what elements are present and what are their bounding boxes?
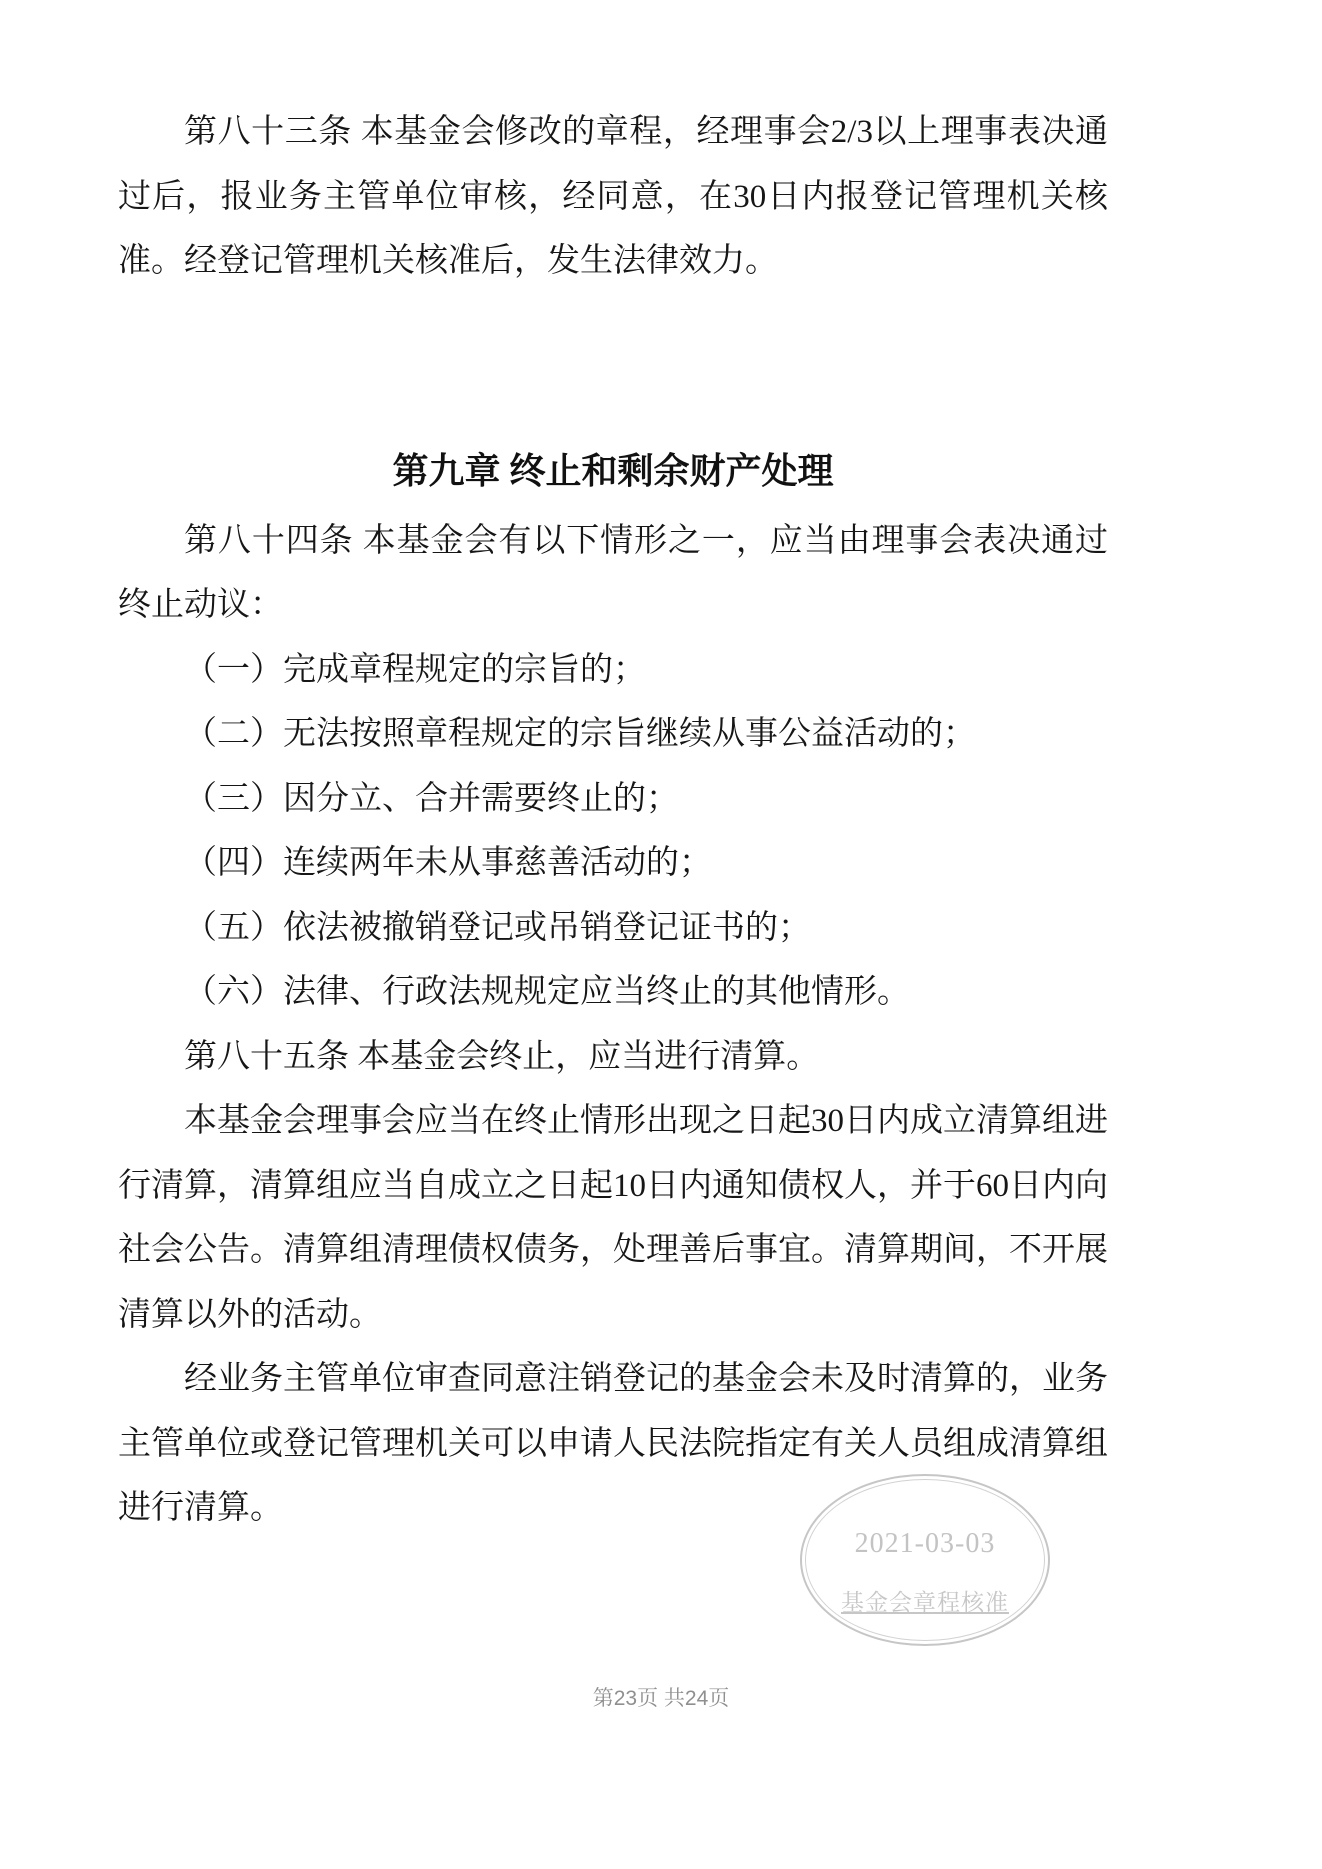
paragraph-line: 第八十四条 本基金会有以下情形之一，应当由理事会表决通过 [118, 509, 1108, 574]
paragraph-line: （一）完成章程规定的宗旨的； [118, 638, 1108, 703]
paragraph-line: 清算以外的活动。 [118, 1283, 1108, 1348]
paragraph-line: 第八十五条 本基金会终止，应当进行清算。 [118, 1025, 1108, 1090]
paragraph-line: （二）无法按照章程规定的宗旨继续从事公益活动的； [118, 702, 1108, 767]
text-block: 第八十三条 本基金会修改的章程，经理事会2/3以上理事表决通过后，报业务主管单位… [118, 100, 1108, 1541]
page-footer: 第23页 共24页 [0, 1682, 1322, 1712]
paragraph-line: 本基金会理事会应当在终止情形出现之日起30日内成立清算组进 [118, 1089, 1108, 1154]
document-page: 第八十三条 本基金会修改的章程，经理事会2/3以上理事表决通过后，报业务主管单位… [0, 0, 1322, 1869]
paragraph-line: 过后，报业务主管单位审核，经同意，在30日内报登记管理机关核 [118, 165, 1108, 230]
approval-stamp: 2021-03-03 基金会章程核准 [800, 1474, 1050, 1646]
paragraph-line: （四）连续两年未从事慈善活动的； [118, 831, 1108, 896]
paragraph-line: （三）因分立、合并需要终止的； [118, 767, 1108, 832]
paragraph-line: 社会公告。清算组清理债权债务，处理善后事宜。清算期间，不开展 [118, 1218, 1108, 1283]
paragraph-line: 经业务主管单位审查同意注销登记的基金会未及时清算的，业务 [118, 1347, 1108, 1412]
paragraph-line: 准。经登记管理机关核准后，发生法律效力。 [118, 229, 1108, 294]
paragraph-line: 第八十三条 本基金会修改的章程，经理事会2/3以上理事表决通 [118, 100, 1108, 165]
chapter-heading: 第九章 终止和剩余财产处理 [118, 446, 1108, 496]
paragraph-line: 行清算，清算组应当自成立之日起10日内通知债权人，并于60日内向 [118, 1154, 1108, 1219]
paragraph-line: 主管单位或登记管理机关可以申请人民法院指定有关人员组成清算组 [118, 1412, 1108, 1477]
paragraph-line: （六）法律、行政法规规定应当终止的其他情形。 [118, 960, 1108, 1025]
stamp-label: 基金会章程核准 [802, 1584, 1048, 1617]
paragraph-line: 终止动议： [118, 573, 1108, 638]
stamp-date: 2021-03-03 [802, 1528, 1048, 1560]
paragraph-line: （五）依法被撤销登记或吊销登记证书的； [118, 896, 1108, 961]
